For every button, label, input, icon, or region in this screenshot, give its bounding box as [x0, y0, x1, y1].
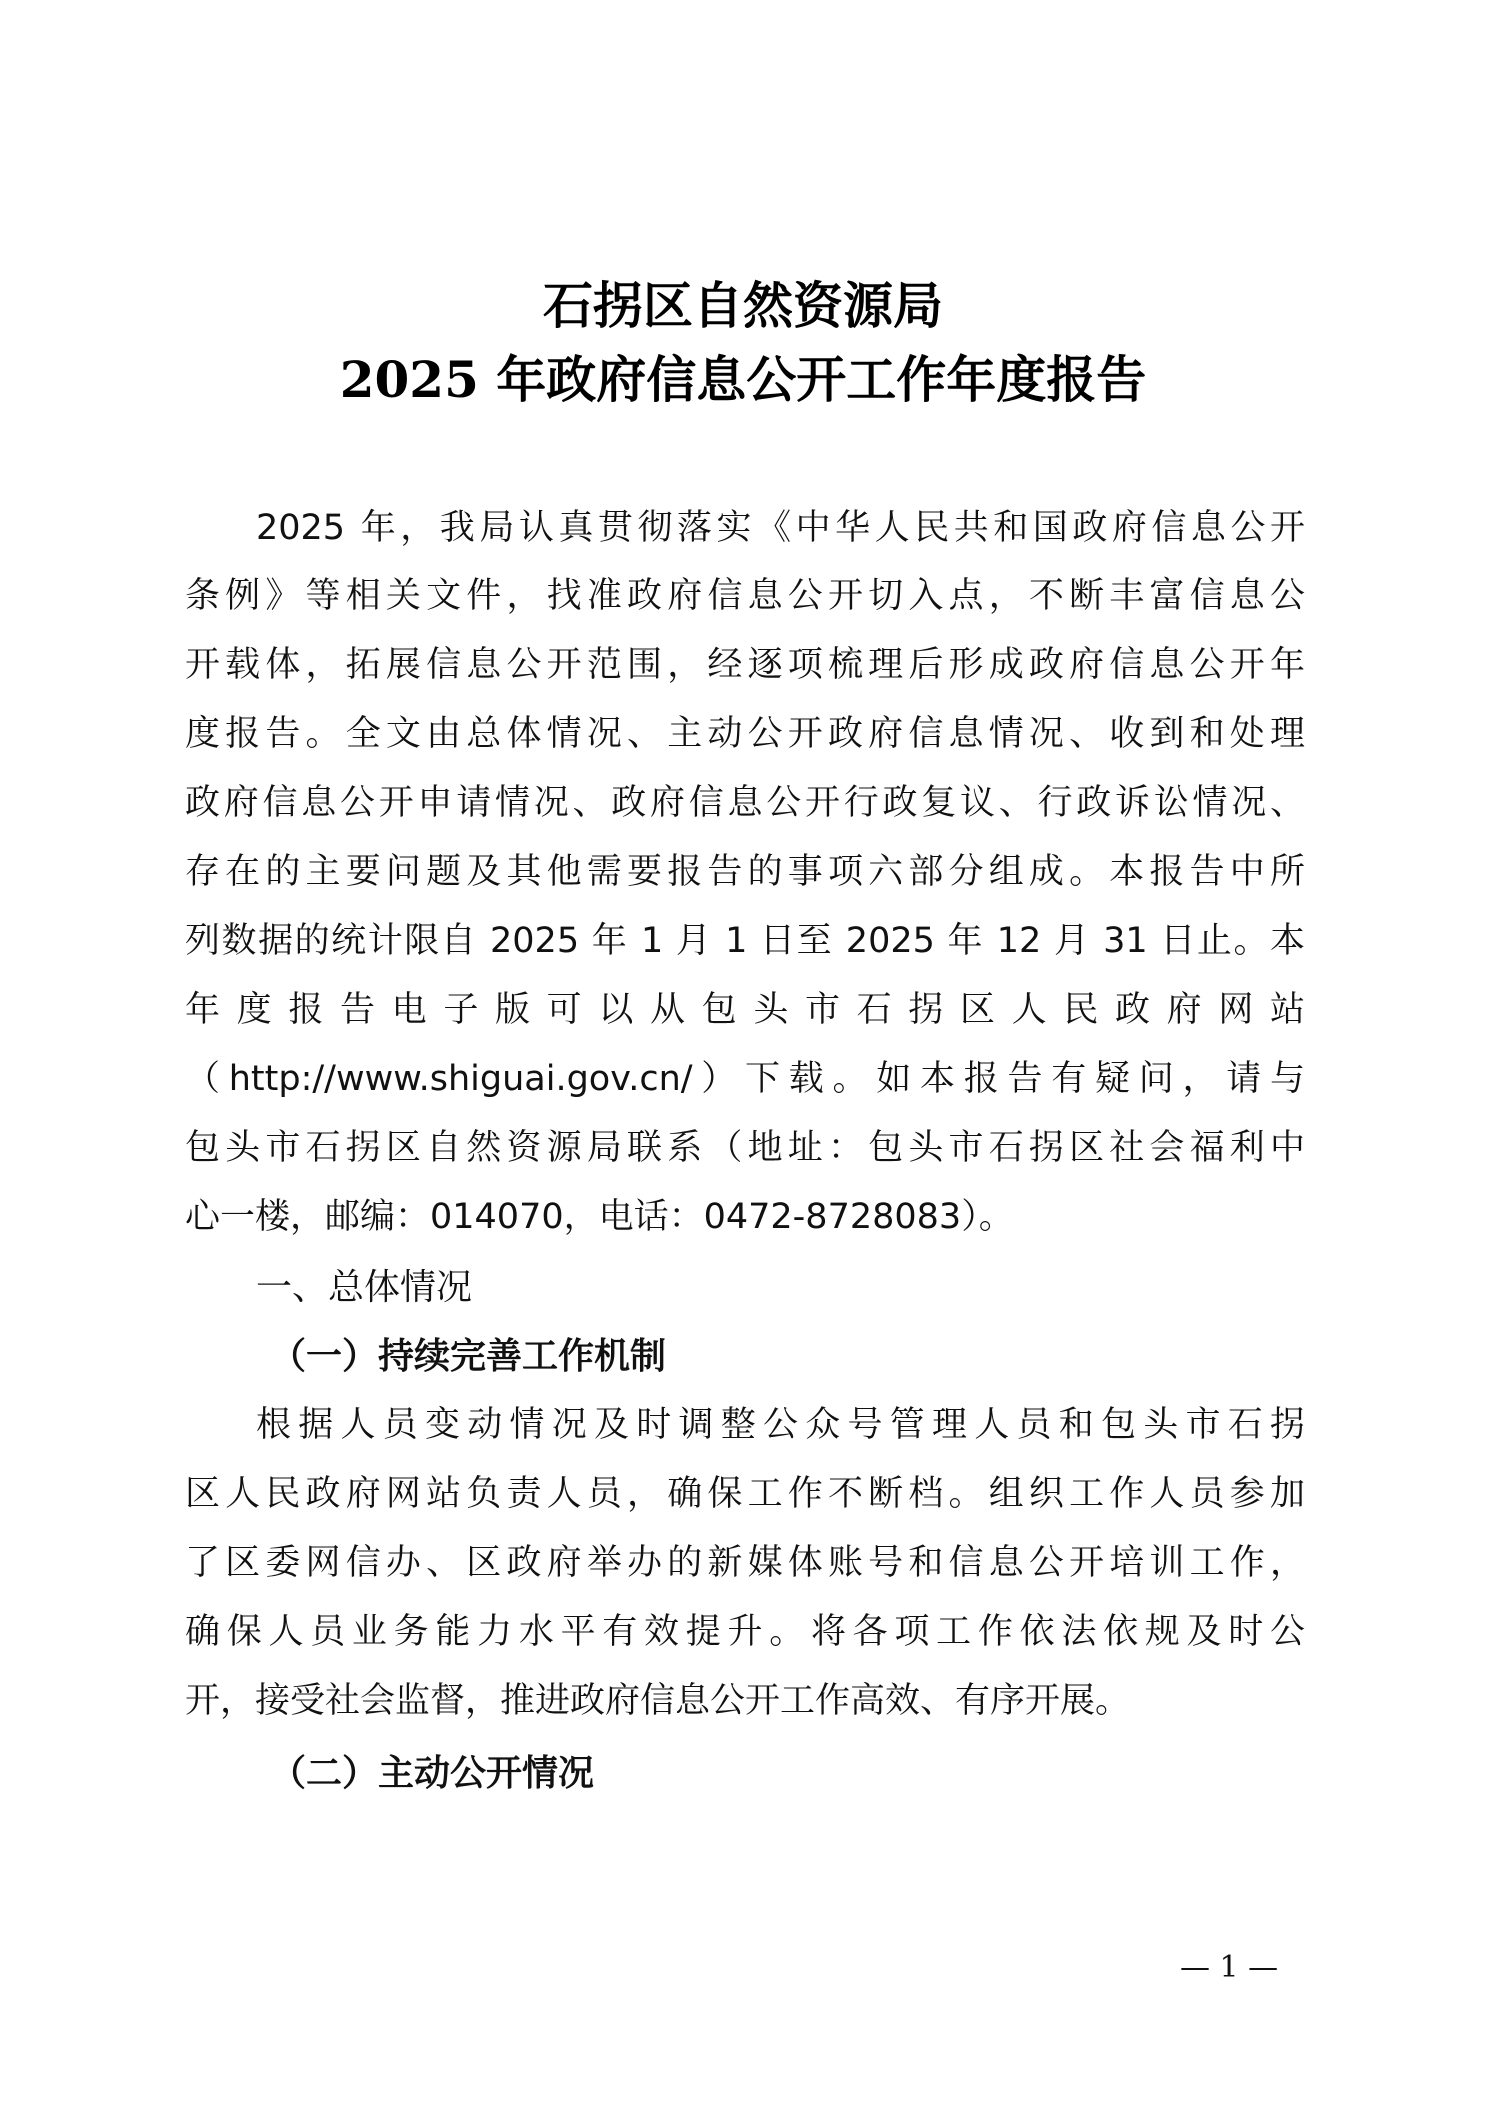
body-line: 了区委网信办、区政府举办的新媒体账号和信息公开培训工作，: [185, 1541, 1305, 1585]
intro-line: 度报告。全文由总体情况、主动公开政府信息情况、收到和处理: [185, 712, 1305, 756]
body-line: 根据人员变动情况及时调整公众号管理人员和包头市石拐: [256, 1403, 1305, 1447]
intro-line: 条例》等相关文件，找准政府信息公开切入点，不断丰富信息公: [185, 574, 1305, 618]
intro-line: 开载体，拓展信息公开范围，经逐项梳理后形成政府信息公开年: [185, 643, 1305, 687]
document-title-line-2: 2025 年政府信息公开工作年度报告: [0, 350, 1486, 410]
intro-line: 心一楼，邮编：014070，电话：0472-8728083）。: [185, 1195, 1305, 1239]
intro-line: 年度报告电子版可以从包头市石拐区人民政府网站: [185, 988, 1305, 1032]
subsection-heading-mechanism: （一）持续完善工作机制: [270, 1334, 666, 1378]
intro-line: 政府信息公开申请情况、政府信息公开行政复议、行政诉讼情况、: [185, 781, 1305, 825]
intro-line: 存在的主要问题及其他需要报告的事项六部分组成。本报告中所: [185, 850, 1305, 894]
subsection-heading-proactive-disclosure: （二）主动公开情况: [270, 1751, 594, 1795]
document-title-line-1: 石拐区自然资源局: [0, 276, 1486, 336]
intro-line: 列数据的统计限自 2025 年 1 月 1 日至 2025 年 12 月 31 …: [185, 919, 1305, 963]
intro-line: （http://www.shiguai.gov.cn/）下载。如本报告有疑问，请…: [185, 1057, 1305, 1101]
body-line: 开，接受社会监督，推进政府信息公开工作高效、有序开展。: [185, 1679, 1305, 1723]
section-heading-overall: 一、总体情况: [256, 1266, 472, 1310]
intro-line: 包头市石拐区自然资源局联系（地址：包头市石拐区社会福利中: [185, 1126, 1305, 1170]
body-line: 区人民政府网站负责人员，确保工作不断档。组织工作人员参加: [185, 1472, 1305, 1516]
intro-line: 2025 年，我局认真贯彻落实《中华人民共和国政府信息公开: [256, 506, 1305, 550]
page-number: — 1 —: [1180, 1950, 1278, 1986]
body-line: 确保人员业务能力水平有效提升。将各项工作依法依规及时公: [185, 1610, 1305, 1654]
